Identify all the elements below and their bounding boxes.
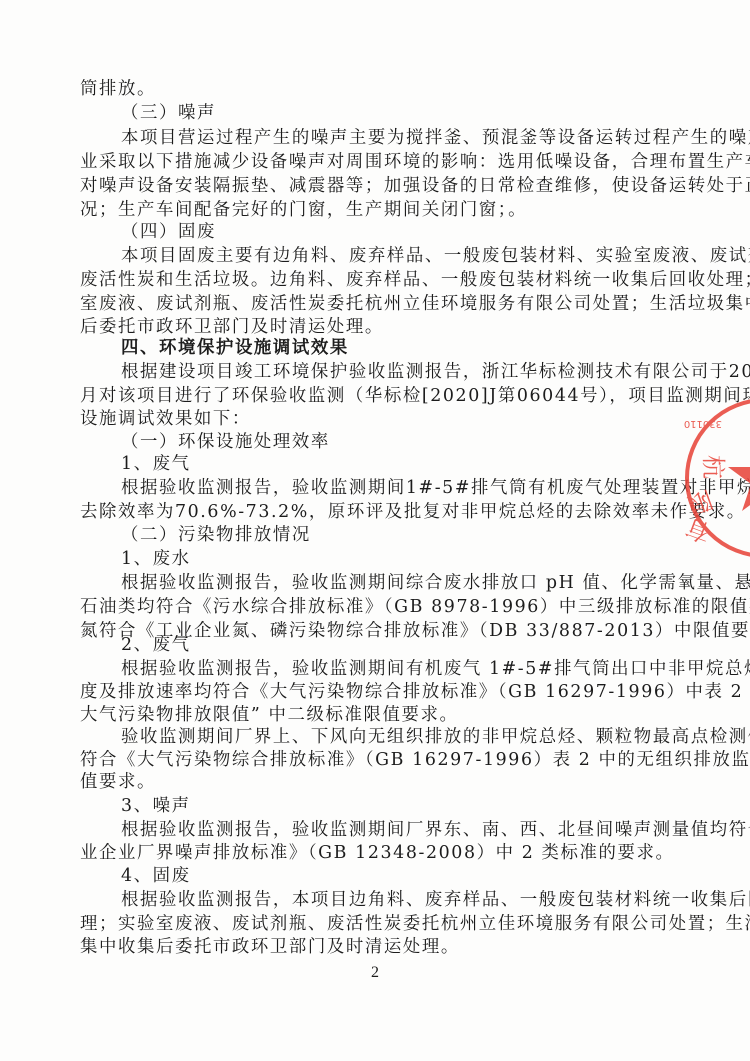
paragraph-line: 对噪声设备安装隔振垫、减震器等；加强设备的日常检查维修，使设备运转处于正常工 (80, 175, 655, 197)
paragraph-line: 验收监测期间厂界上、下风向无组织排放的非甲烷总烃、颗粒物最高点检测值均 (121, 726, 655, 748)
paragraph-line: 根据验收监测报告，验收监测期间1#-5#排气筒有机废气处理装置对非甲烷总烃的 (121, 477, 655, 499)
seal-char-hang: 杭 (699, 455, 727, 479)
section-heading: （三）噪声 (121, 102, 216, 124)
section-heading: 2、废气 (121, 634, 191, 656)
paragraph-line: 本项目固废主要有边角料、废弃样品、一般废包装材料、实验室废液、废试剂瓶、 (121, 245, 655, 267)
paragraph-line: 室废液、废试剂瓶、废活性炭委托杭州立佳环境服务有限公司处置；生活垃圾集中收集 (80, 293, 655, 315)
section-heading: 四、环境保护设施调试效果 (121, 337, 349, 359)
paragraph-line: 石油类均符合《污水综合排放标准》（GB 8978-1996）中三级排放标准的限值… (80, 596, 655, 618)
paragraph-line: 本项目营运过程产生的噪声主要为搅拌釜、预混釜等设备运转过程产生的噪声，企 (121, 127, 655, 149)
section-heading: 1、废水 (121, 548, 191, 570)
paragraph-line: 业企业厂界噪声排放标准》（GB 12348-2008）中 2 类标准的要求。 (80, 842, 655, 864)
paragraph-line: 根据建设项目竣工环境保护验收监测报告，浙江华标检测技术有限公司于2020年6 (121, 361, 655, 383)
paragraph-line: 后委托市政环卫部门及时清运处理。 (80, 316, 655, 338)
section-heading: （四）固废 (121, 221, 216, 243)
paragraph-line: 根据验收监测报告，验收监测期间厂界东、南、西、北昼间噪声测量值均符合《工 (121, 819, 655, 841)
paragraph-line: 大气污染物排放限值” 中二级标准限值要求。 (80, 704, 655, 726)
section-heading: （一）环保设施处理效率 (121, 431, 330, 453)
paragraph-line: 去除效率为70.6%-73.2%，原环评及批复对非甲烷总烃的去除效率未作要求。 (80, 501, 655, 523)
paragraph-line: 集中收集后委托市政环卫部门及时清运处理。 (80, 936, 655, 958)
star-icon (728, 440, 750, 511)
paragraph-line: 理；实验室废液、废试剂瓶、废活性炭委托杭州立佳环境服务有限公司处置；生活垃圾 (80, 913, 655, 935)
paragraph-line: 业采取以下措施减少设备噪声对周围环境的影响：选用低噪设备，合理布置生产车间， (80, 151, 655, 173)
paragraph-line: 况；生产车间配备完好的门窗，生产期间关闭门窗；。 (80, 199, 655, 221)
section-heading: 1、废气 (121, 453, 191, 475)
seal-digits: 330110 (684, 418, 722, 429)
paragraph-line: 根据验收监测报告，验收监测期间综合废水排放口 pH 值、化学需氧量、悬浮物、 (121, 572, 655, 594)
section-heading: 4、固废 (121, 865, 191, 887)
paragraph-line: 设施调试效果如下： (80, 408, 655, 430)
page-number: 2 (365, 964, 385, 982)
paragraph-line: 根据验收监测报告，验收监测期间有机废气 1#-5#排气筒出口中非甲烷总烃排放浓 (121, 658, 655, 680)
company-seal-stamp: 杭 有 限 330110 (676, 395, 750, 565)
section-heading: 3、噪声 (121, 795, 191, 817)
section-heading: （二）污染物排放情况 (121, 524, 311, 546)
paragraph-line: 筒排放。 (80, 78, 655, 100)
paragraph-line: 度及排放速率均符合《大气污染物综合排放标准》（GB 16297-1996）中表 … (80, 681, 655, 703)
paragraph-line: 月对该项目进行了环保验收监测（华标检[2020]J第06044号），项目监测期间… (80, 385, 655, 407)
paragraph-line: 根据验收监测报告，本项目边角料、废弃样品、一般废包装材料统一收集后回收处 (121, 889, 655, 911)
paragraph-line: 废活性炭和生活垃圾。边角料、废弃样品、一般废包装材料统一收集后回收处理；实验 (80, 269, 655, 291)
document-page: 筒排放。（三）噪声本项目营运过程产生的噪声主要为搅拌釜、预混釜等设备运转过程产生… (0, 0, 750, 1061)
paragraph-line: 符合《大气污染物综合排放标准》（GB 16297-1996）表 2 中的无组织排… (80, 749, 655, 771)
paragraph-line: 值要求。 (80, 771, 655, 793)
